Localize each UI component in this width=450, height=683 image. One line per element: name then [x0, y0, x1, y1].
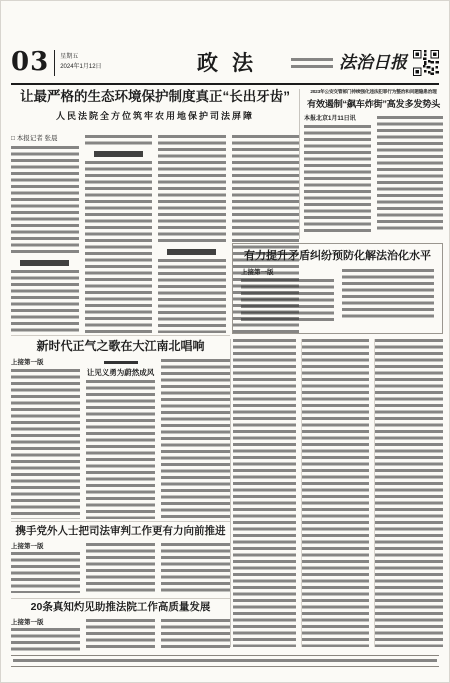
racing-article-lead: 本报北京1月11日讯: [304, 116, 371, 123]
dispute-article-body: 上接第一版: [241, 269, 434, 321]
body-text-block: [11, 552, 80, 592]
column-subhead-bar: [94, 151, 143, 157]
right-continuation-region: [233, 339, 443, 647]
body-text-block: [304, 125, 371, 232]
court20-article: 20条真知灼见助推法院工作高质量发展 上接第一版: [11, 601, 230, 651]
body-column: 让见义勇为蔚然成风: [86, 359, 155, 519]
body-text-block: [161, 619, 230, 651]
masthead-group: 法治日报: [291, 50, 439, 76]
body-column: [86, 543, 155, 593]
section-rule: [11, 335, 230, 336]
lead-article-subtitle: 人民法院全方位筑牢农用地保护司法屏障: [11, 111, 299, 122]
body-column: [158, 135, 226, 333]
section-rule: [11, 598, 230, 599]
continued-from-page1-tag: 上接第一版: [11, 359, 80, 367]
body-text-block: [377, 116, 444, 232]
date-label: 2024年1月12日: [60, 63, 101, 73]
column-subhead-bar: [20, 260, 69, 266]
court20-article-body: 上接第一版: [11, 619, 230, 651]
body-column: 上接第一版: [11, 543, 80, 593]
body-text-block: [161, 543, 230, 593]
body-text-block: [85, 161, 153, 333]
body-text-block: [11, 628, 80, 650]
date-info: 星期五 2024年1月12日: [60, 53, 101, 72]
body-column: [86, 619, 155, 651]
righteous-article-title: 新时代正气之歌在大江南北唱响: [11, 339, 230, 353]
body-column: 上接第一版: [11, 359, 80, 519]
weekday-label: 星期五: [60, 53, 101, 63]
body-text-block: [86, 619, 155, 651]
lead-article-headline: 让最严格的生态环境保护制度真正“长出牙齿” 人民法院全方位筑牢农用地保护司法屏障: [11, 89, 299, 122]
editor-credits-line: [291, 65, 333, 69]
body-text-block: [301, 339, 370, 647]
imprint-footer: [11, 655, 439, 667]
subhead-ornament: [104, 361, 138, 364]
page-number: 03: [11, 47, 49, 78]
body-text-block: [161, 359, 230, 519]
body-column: 上接第一版: [241, 269, 334, 321]
newspaper-page: 03 星期五 2024年1月12日 政法 法治日报 让最严格的生态环境保护制度真…: [0, 0, 450, 683]
column-divider: [230, 339, 231, 647]
continued-from-page1-tag: 上接第一版: [11, 619, 80, 627]
page-header: 03 星期五 2024年1月12日 政法 法治日报: [11, 43, 439, 85]
dispute-article-title: 有力提升矛盾纠纷预防化解法治化水平: [241, 250, 434, 263]
column-subhead-bar: [167, 249, 216, 255]
editor-credits-line: [291, 58, 333, 62]
nonparty-article-title: 携手党外人士把司法审判工作更有力向前推进: [11, 525, 230, 538]
dispute-article: 有力提升矛盾纠纷预防化解法治化水平 上接第一版: [232, 243, 443, 334]
body-text-block: [374, 339, 443, 647]
body-column: [377, 116, 444, 232]
body-text-block: [11, 146, 79, 256]
editor-credits: [291, 58, 333, 69]
body-text-block: [342, 269, 435, 321]
masthead: 法治日报: [339, 53, 407, 73]
body-column: [85, 135, 153, 333]
racing-article-body: 本报北京1月11日讯: [304, 116, 443, 232]
lead-article-title: 让最严格的生态环境保护制度真正“长出牙齿”: [11, 89, 299, 105]
body-text-block: [158, 135, 226, 245]
qr-code-icon: [413, 50, 439, 76]
body-text-block: [86, 543, 155, 593]
lead-article-byline: □ 本报记者 张晨: [11, 135, 79, 143]
body-column: □ 本报记者 张晨: [11, 135, 79, 333]
body-text-block: [11, 369, 80, 519]
body-column: 上接第一版: [11, 619, 80, 651]
page-number-group: 03 星期五 2024年1月12日: [11, 47, 102, 78]
racing-article-kicker: 2023年公安交管部门持续强化违法犯罪行为整治和问题隐患治理: [304, 89, 443, 95]
section-title: 政法: [183, 50, 267, 75]
section-rule: [11, 521, 230, 522]
racing-article: 2023年公安交管部门持续强化违法犯罪行为整治和问题隐患治理 有效遏制“飙车炸街…: [304, 89, 443, 232]
righteous-article-subhead: 让见义勇为蔚然成风: [86, 368, 155, 377]
body-column: [342, 269, 435, 321]
body-column: [161, 619, 230, 651]
righteous-article-body: 上接第一版 让见义勇为蔚然成风: [11, 359, 230, 519]
court20-article-title: 20条真知灼见助推法院工作高质量发展: [11, 601, 230, 614]
body-column: [161, 359, 230, 519]
body-text-block: [11, 270, 79, 333]
body-text-block: [86, 380, 155, 519]
body-text-block: [241, 279, 334, 321]
continued-from-page1-tag: 上接第一版: [11, 543, 80, 551]
racing-article-title: 有效遏制“飙车炸街”高发多发势头: [304, 99, 443, 110]
imprint-text-line: [13, 659, 437, 663]
nonparty-article-body: 上接第一版: [11, 543, 230, 593]
column-divider: [299, 89, 300, 239]
continued-from-page1-tag: 上接第一版: [241, 269, 334, 277]
header-divider: [54, 50, 55, 76]
nonparty-article: 携手党外人士把司法审判工作更有力向前推进 上接第一版: [11, 525, 230, 593]
body-text-block: [233, 339, 296, 647]
body-column: 本报北京1月11日讯: [304, 116, 371, 232]
body-text-block: [158, 259, 226, 333]
body-column: [161, 543, 230, 593]
body-text-block: [85, 135, 153, 147]
righteous-article: 新时代正气之歌在大江南北唱响 上接第一版 让见义勇为蔚然成风: [11, 339, 230, 519]
